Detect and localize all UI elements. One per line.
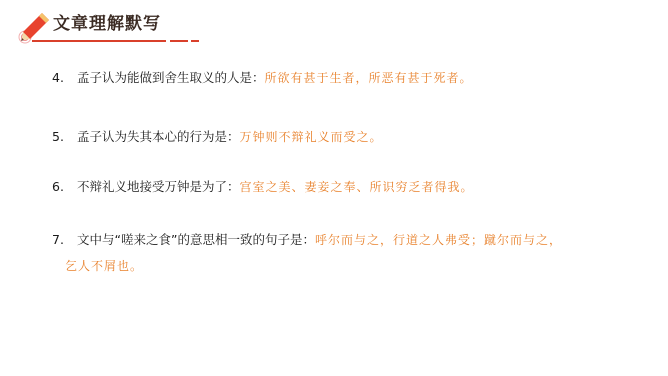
pencil-icon xyxy=(18,10,52,44)
question-item: 7.文中与“嗟来之食”的意思相一致的句子是：呼尔而与之，行道之人弗受；蹴尔而与之… xyxy=(52,232,562,248)
question-answer-continuation: 乞人不屑也。 xyxy=(65,258,143,274)
question-number: 5. xyxy=(52,129,77,145)
question-item: 5.孟子认为失其本心的行为是：万钟则不辩礼义而受之。 xyxy=(52,129,383,145)
question-answer: 宫室之美、妻妾之奉、所识穷乏者得我。 xyxy=(240,180,474,194)
page-title: 文章理解默写 xyxy=(53,12,161,36)
slide-header: 文章理解默写 xyxy=(0,0,668,50)
question-number: 6. xyxy=(52,179,77,195)
question-item: 4.孟子认为能做到舍生取义的人是：所欲有甚于生者，所恶有甚于死者。 xyxy=(52,70,473,86)
question-prompt: 不辩礼义地接受万钟是为了： xyxy=(77,179,240,194)
title-underline-dash xyxy=(191,40,199,42)
question-answer: 所欲有甚于生者，所恶有甚于死者。 xyxy=(265,71,473,85)
title-underline-dash xyxy=(170,40,188,42)
title-underline xyxy=(32,40,166,42)
question-number: 7. xyxy=(52,232,77,248)
question-prompt: 孟子认为能做到舍生取义的人是： xyxy=(77,70,265,85)
question-item: 6.不辩礼义地接受万钟是为了：宫室之美、妻妾之奉、所识穷乏者得我。 xyxy=(52,179,474,195)
question-prompt: 孟子认为失其本心的行为是： xyxy=(77,129,240,144)
question-answer: 呼尔而与之，行道之人弗受；蹴尔而与之， xyxy=(315,233,562,247)
question-number: 4. xyxy=(52,70,77,86)
question-prompt: 文中与“嗟来之食”的意思相一致的句子是： xyxy=(77,232,315,247)
question-answer: 万钟则不辩礼义而受之。 xyxy=(240,130,383,144)
